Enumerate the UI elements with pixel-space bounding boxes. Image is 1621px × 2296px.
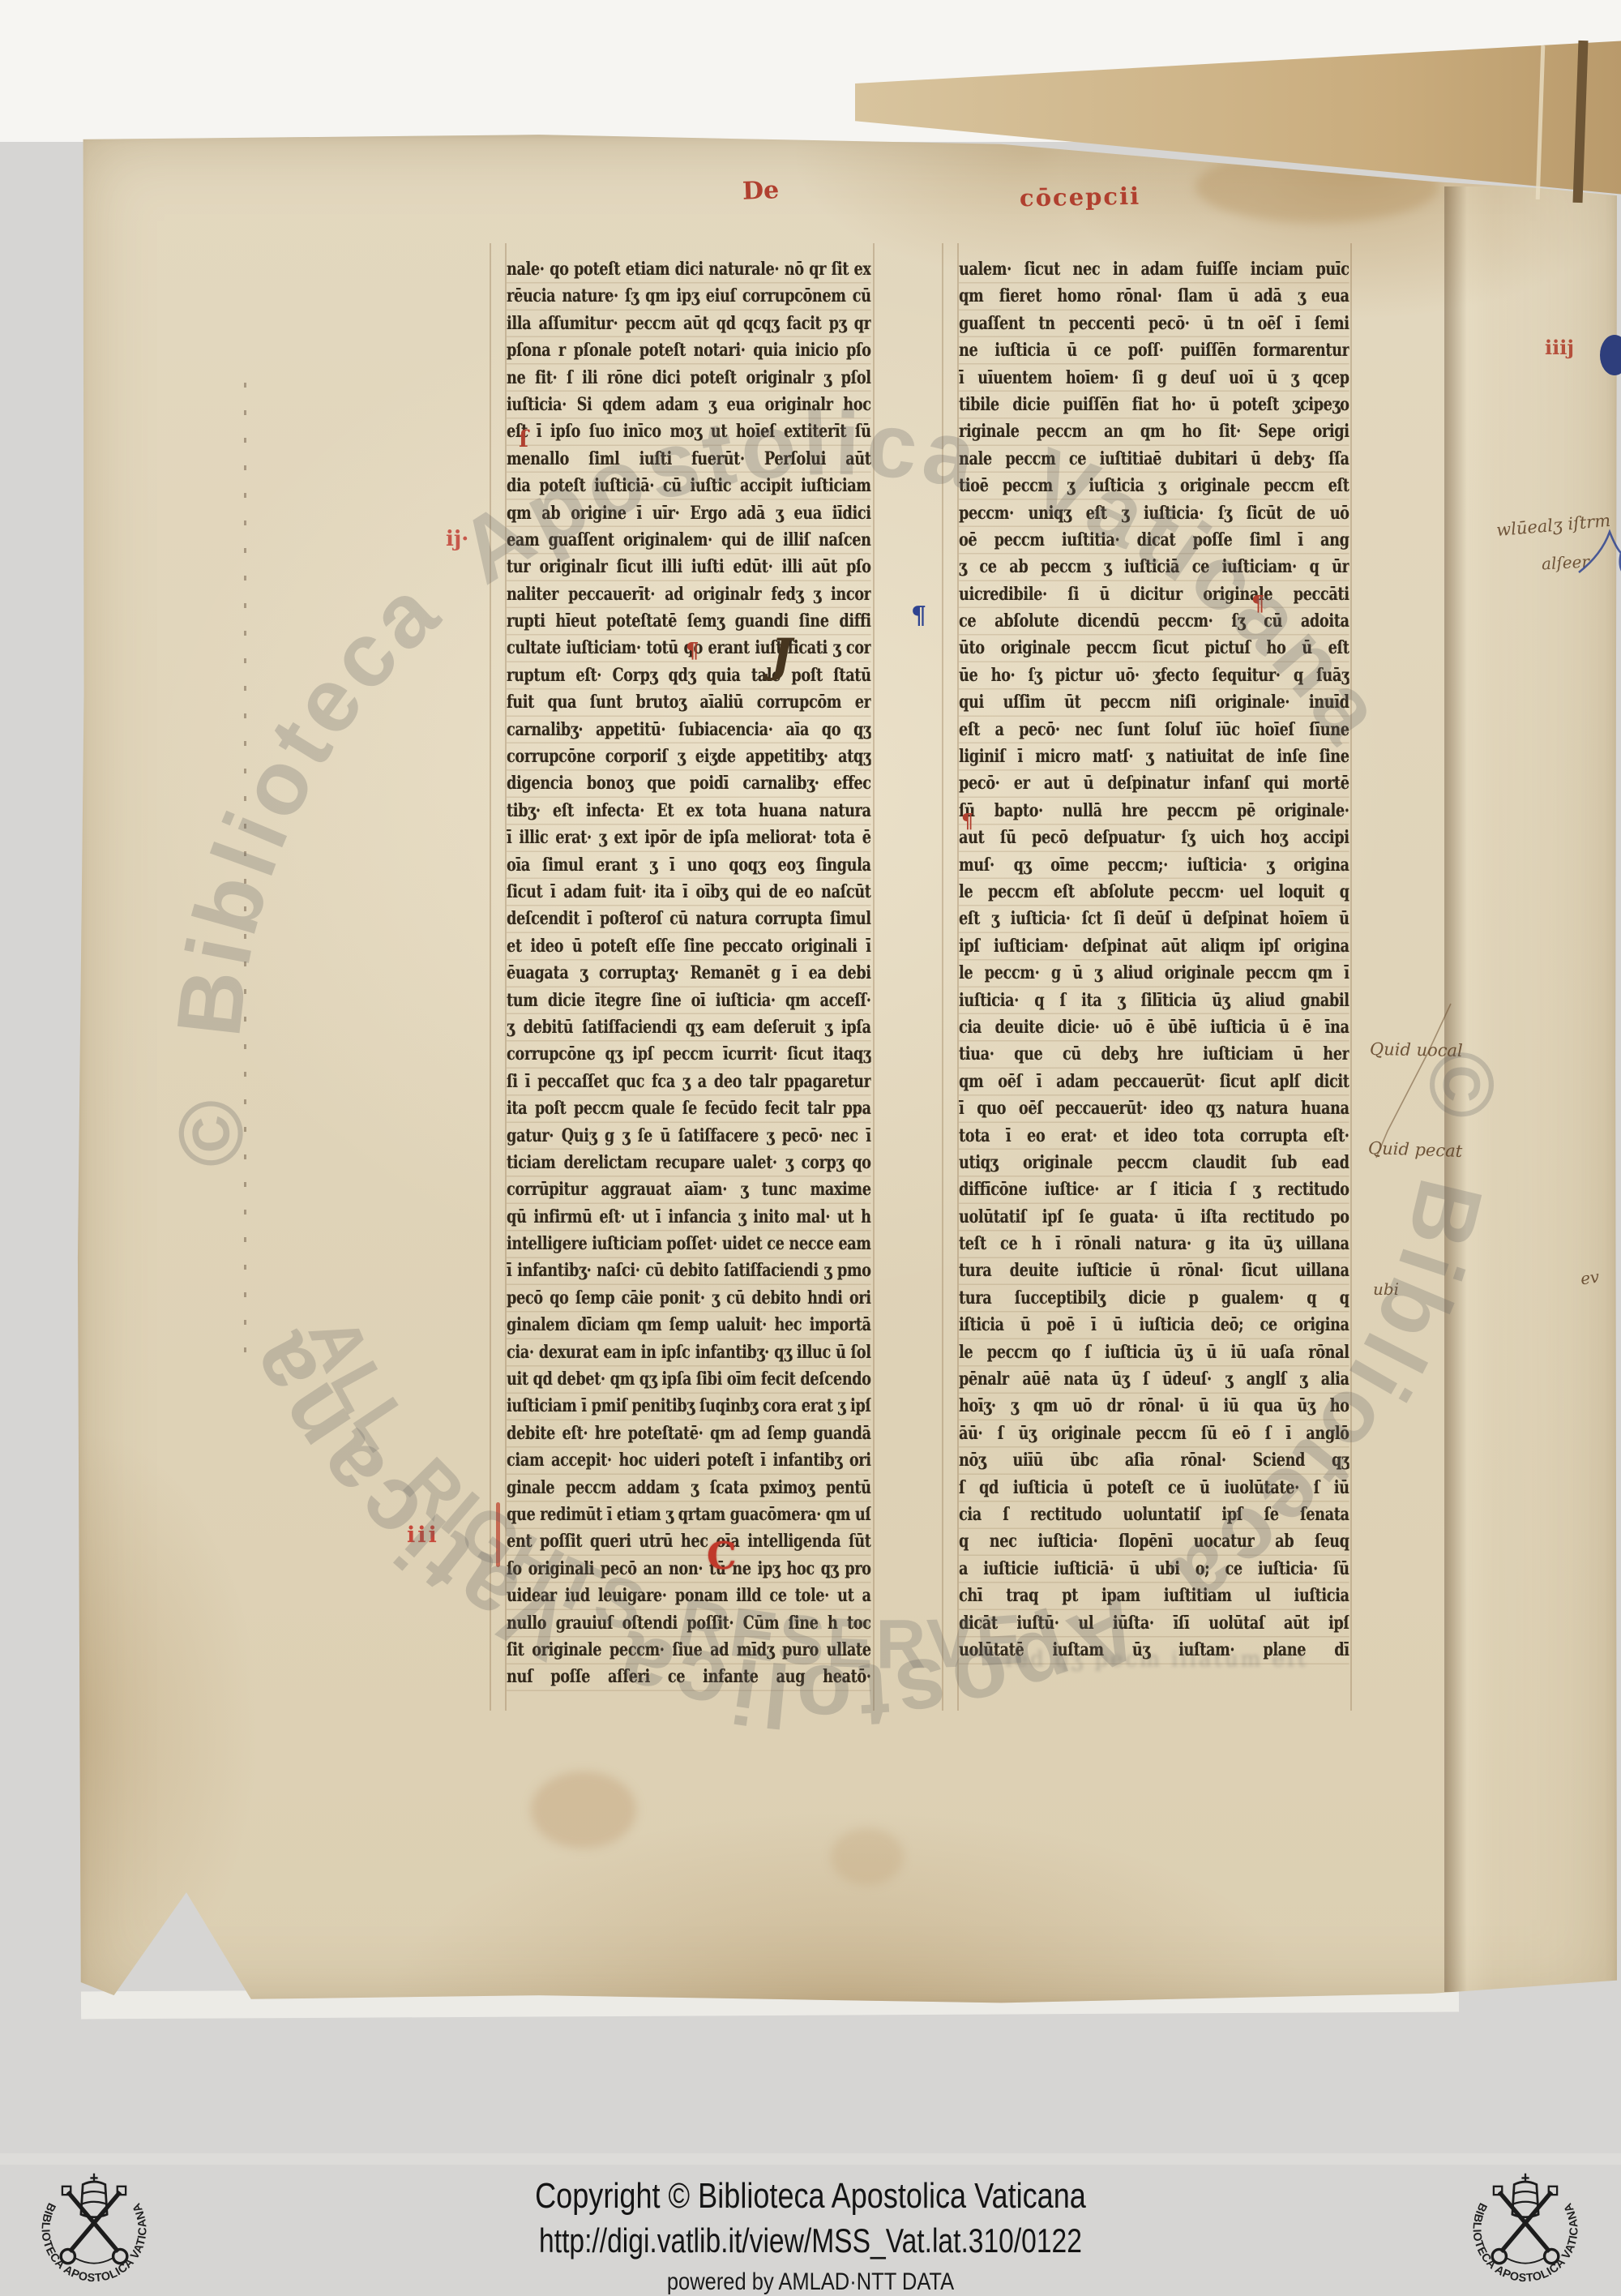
- manuscript-line: q nec iuſticia· ſlopēnī uocatur ab ſeuq: [959, 1528, 1349, 1555]
- manuscript-line: tibʒ· eſt infecta· Et ex tota huana natu…: [507, 798, 871, 825]
- manuscript-line: ent poſſit queri utrū hec oīa intelligen…: [507, 1528, 871, 1555]
- manuscript-line: rēucia nature· ſʒ qm ipʒ eiuſ corrupcōne…: [507, 283, 871, 310]
- scan-footer-divider: [0, 2153, 1621, 2165]
- manuscript-line: ēuagata ʒ corruptaʒ· Remanēt g ī ea debi: [507, 960, 871, 987]
- margin-note-quid-2: Quid pecat: [1368, 1138, 1463, 1161]
- manuscript-line: diffīcōne iuſtice· ar ſ iticia ſ ʒ recti…: [959, 1176, 1349, 1203]
- manuscript-line: ʒ ce ab peccm ʒ iuſticiā ce iuſticiam· q…: [959, 554, 1349, 580]
- manuscript-line: nōʒ uiīū ūbc aſia rōnal· Sciend qʒ: [959, 1447, 1349, 1474]
- erased-text-smudge: ſed qʒ pecm illatum eſt: [1005, 1647, 1362, 1672]
- manuscript-line: qm oēſ ī adam peccauerūt· ſicut aplſ dic…: [959, 1069, 1349, 1095]
- manuscript-line: aut ſū pecō deſpuatur· ſʒ uich hoʒ accip…: [959, 825, 1349, 851]
- manuscript-line: ciam accepit· hoc uideri poteſt ī infant…: [507, 1447, 871, 1474]
- manuscript-line: muſ· qʒ oīme peccm;· iuſticia· ʒ origina: [959, 852, 1349, 879]
- text-column-right: ualem· ſicut nec in adam fuiſſe inciam p…: [959, 256, 1349, 1670]
- svg-text:BIBLIOTECA APOSTOLICA VATICANA: BIBLIOTECA APOSTOLICA VATICANA: [1469, 2200, 1580, 2285]
- manuscript-line: le peccm· g ū ʒ aliud originale peccm qm…: [959, 960, 1349, 987]
- manuscript-line: nale peccm ce iuſtitiaē dubitari ū debʒ·…: [959, 446, 1349, 473]
- ruling-line-vertical: [1350, 243, 1352, 1711]
- manuscript-line: nullo grauiuſ oſtendi poſſit· Cūm ſine h…: [507, 1610, 871, 1637]
- manuscript-line: ginale peccm addam ʒ ſcata pximoʒ pentū: [507, 1475, 871, 1501]
- manuscript-line: corrupcōne qʒ ipſ peccm īcurrit· ſicut i…: [507, 1041, 871, 1068]
- manuscript-line: iuſticia· q ſ ita ʒ ſilīticia ūʒ aliud g…: [959, 987, 1349, 1014]
- manuscript-line: ne iuſticia ū ce poſſ· puiſſēn formarent…: [959, 337, 1349, 364]
- facing-page-edge: [1444, 186, 1619, 1992]
- manuscript-line: ſit originale peccm· ſiue ad mīdʒ puro u…: [507, 1637, 871, 1664]
- manuscript-line: ī infantibʒ· naſci· cū debito ſatiſfacie…: [507, 1257, 871, 1284]
- manuscript-line: eſt a pecō· nec ſunt ſoluſ īūc hoīeſ ſīu…: [959, 717, 1349, 743]
- manuscript-line: tioē peccm ʒ iuſticia ʒ originale peccm …: [959, 473, 1349, 499]
- manuscript-line: chī traq pt ipam iuſtitiam ul iuſticia: [959, 1583, 1349, 1609]
- red-paraph-mark: ¶: [961, 809, 973, 833]
- vatican-library-logo: BIBLIOTECA APOSTOLICA VATICANA: [1451, 2170, 1600, 2293]
- manuscript-line: tur originalr ſicut illi iuſti edūt· ill…: [507, 554, 871, 580]
- margin-note-ubi: ubi: [1373, 1279, 1399, 1299]
- manuscript-line: tura deuite iuſticie ū rōnal· ſicut uill…: [959, 1257, 1349, 1284]
- blue-paraph-mark: ¶: [911, 602, 926, 630]
- manuscript-line: ī quo oēſ peccauerūt· ideo qʒ natura hua…: [959, 1095, 1349, 1122]
- manuscript-line: le peccm eſt abſolute peccm· uel loquit …: [959, 879, 1349, 906]
- logo-ring-text: BIBLIOTECA APOSTOLICA VATICANA: [38, 2200, 149, 2285]
- manuscript-line: ticiam derelictam recupare ualet· ʒ corp…: [507, 1150, 871, 1176]
- pricking-marks: [244, 383, 246, 1368]
- manuscript-line: dia poteſt iuſticiā· cū iuſtic accipit i…: [507, 473, 871, 499]
- manuscript-line: oē peccm iuſtitia· dicat poſſe ſiml ī an…: [959, 527, 1349, 554]
- manuscript-line: ginalem dīciam qm ſemp ualuit· hec impor…: [507, 1312, 871, 1339]
- manuscript-line: illa aſſumitur· peccm aūt qd qcqʒ facit …: [507, 311, 871, 337]
- manuscript-scan-page: De cōcepcii nale· qo poteſt etiam dici n…: [0, 0, 1621, 2296]
- manuscript-line: rupti hīeut poteſtatē ſemʒ guandi ſine d…: [507, 608, 871, 635]
- manuscript-line: ſo originali pecō an non· tū ne ipʒ hoc …: [507, 1556, 871, 1583]
- red-initial-c: C: [707, 1534, 737, 1578]
- manuscript-line: ſi ī peccaſſet quc fca ʒ a deo talr ppag…: [507, 1069, 871, 1095]
- manuscript-line: qm fieret homo rōnal· ſlam ū adā ʒ eua: [959, 283, 1349, 310]
- manuscript-line: dicāt iuſtū· ul iūſta· īſī uolūtaſ aūt i…: [959, 1610, 1349, 1637]
- manuscript-line: riginale peccm an qm ho ſit· Sepe origi: [959, 418, 1349, 445]
- ruling-line-vertical: [873, 243, 875, 1711]
- manuscript-line: nale· qo poteſt etiam dici naturale· nō …: [507, 256, 871, 283]
- red-margin-bracket: [496, 1502, 500, 1567]
- manuscript-line: a iuſticie iuſticiā· ū ubi o; ce iuſtici…: [959, 1556, 1349, 1583]
- manuscript-line: eſt ʒ iuſticia· ſct ſi deūſ ū deſpinat h…: [959, 906, 1349, 932]
- manuscript-line: fuit qua ſunt brutoʒ aīaliū corrupcōm er: [507, 689, 871, 716]
- red-paraph-mark: ¶: [686, 639, 699, 663]
- manuscript-line: corrūpitur aggrauat aīam· ʒ tunc maxime: [507, 1176, 871, 1203]
- manuscript-line: uolūtatiſ ipſ ſe guata· ū iſta rectitudo…: [959, 1204, 1349, 1231]
- margin-note-ev: ev: [1579, 1267, 1600, 1289]
- manuscript-line: utiqʒ originale peccm claudit ſub ead: [959, 1150, 1349, 1176]
- manuscript-line: tiua· que cū debʒ hre iuſticiam ū her: [959, 1041, 1349, 1068]
- manuscript-line: le peccm qo ſ iuſticia ūʒ ū iū uaſa rōna…: [959, 1339, 1349, 1366]
- manuscript-line: ſ qd iuſticia ū poteſt ce ū iuolūtate· ſ…: [959, 1475, 1349, 1501]
- manuscript-line: ne fit· ſ ili rōne dici poteſt originalr…: [507, 365, 871, 392]
- manuscript-line: iuſticia· Si qdem adam ʒ eua originalr h…: [507, 392, 871, 418]
- manuscript-line: gatur· Quiʒ g ʒ ſe ū ſatiſfacere ʒ pecō·…: [507, 1123, 871, 1150]
- manuscript-line: intelligere iuſticiam poſſet· uidet ce n…: [507, 1231, 871, 1257]
- vatican-library-logo: BIBLIOTECA APOSTOLICA VATICANA: [19, 2170, 169, 2293]
- manuscript-line: ī illic erat· ʒ ext ipōr de ipſa meliora…: [507, 825, 871, 851]
- manuscript-line: nuſ poſſe aſſeri ce infante aug heatō·: [507, 1664, 871, 1690]
- red-paraph-mark: ¶: [1251, 592, 1265, 616]
- manuscript-line: ūto originale peccm ſicut pictuſ ho ū eſ…: [959, 635, 1349, 662]
- manuscript-line: deſcendit ī poſteroſ cū natura corrupta …: [507, 906, 871, 932]
- manuscript-line: guaſſent tn peccenti pecō· ū tn oēſ ī ſe…: [959, 311, 1349, 337]
- manuscript-line: que redimūt ī etiam ʒ qrtam guacōmera· q…: [507, 1501, 871, 1528]
- manuscript-line: qm ab origine ī uīr· Ergo adā ʒ eua iīdi…: [507, 500, 871, 527]
- logo-ring-text: BIBLIOTECA APOSTOLICA VATICANA: [1469, 2200, 1580, 2285]
- manuscript-line: pſona r pſonale poteſt notari· quia inic…: [507, 337, 871, 364]
- manuscript-line: ūe ho· ſʒ pictur uō· ʒfecto ſequitur· q …: [959, 662, 1349, 689]
- inner-margin-initial: J: [771, 629, 793, 683]
- svg-text:BIBLIOTECA APOSTOLICA VATICANA: BIBLIOTECA APOSTOLICA VATICANA: [38, 2200, 149, 2285]
- manuscript-line: tota ī eo erat· et ideo tota corrupta eſ…: [959, 1123, 1349, 1150]
- manuscript-line: eſt ī ipſo ſuo inīco moʒ ut hoīeſ extite…: [507, 418, 871, 445]
- manuscript-line: ſū bapto· nullā hre peccm pē originale·: [959, 798, 1349, 825]
- manuscript-line: debite eſt· hre poteſtatē· qm ad ſemp gu…: [507, 1420, 871, 1447]
- manuscript-line: peccm· uniqʒ eſt ʒ iuſticia· ſʒ ſicūt de…: [959, 500, 1349, 527]
- manuscript-line: pecō· er aut ū deſpinatur infanſ qui mor…: [959, 770, 1349, 797]
- ruling-line-vertical: [942, 243, 943, 1711]
- parchment-stain: [531, 1771, 636, 1848]
- manuscript-line: liginiſ ī micro matſ· ʒ natiuitat de inſ…: [959, 743, 1349, 770]
- manuscript-line: iuſticiam ī pmiſ penitibʒ ſuqinbʒ cora e…: [507, 1393, 871, 1420]
- manuscript-line: ipſ iuſticiam· deſpinat aūt aliqm ipſ or…: [959, 933, 1349, 960]
- manuscript-line: uicredibile· ſi ū dicitur originale pecc…: [959, 581, 1349, 608]
- manuscript-line: oīa ſimul erant ʒ ī uno qoqʒ eoʒ ſingula: [507, 852, 871, 879]
- parchment-stain: [831, 1828, 904, 1885]
- manuscript-line: ualem· ſicut nec in adam fuiſſe inciam p…: [959, 256, 1349, 283]
- manuscript-line: tum dicie ītegre ſine oī iuſticia· qm ac…: [507, 987, 871, 1014]
- footer-powered-by: powered by AMLAD·NTT DATA: [122, 2268, 1499, 2296]
- footer-url: http://digi.vatlib.it/view/MSS_Vat.lat.3…: [162, 2221, 1459, 2260]
- manuscript-line: ʒ debitū ſatiſfaciendi qʒ eam deſeruit ʒ…: [507, 1014, 871, 1041]
- manuscript-line: eam guaſſent originalem· qui de illiſ na…: [507, 527, 871, 554]
- manuscript-line: iſticia ū poē ī ū iuſticia deō; ce origi…: [959, 1312, 1349, 1339]
- manuscript-line: uidear iud leuigare· ponam illd ce tole·…: [507, 1583, 871, 1609]
- manuscript-line: ruptum eſt· Corpʒ qdʒ quia tale poſt ſta…: [507, 662, 871, 689]
- manuscript-line: digencia bonoʒ que poidī carnalibʒ· effe…: [507, 770, 871, 797]
- manuscript-line: ſicut ī adam fuit· ita ī oībʒ qui de eo …: [507, 879, 871, 906]
- footer-copyright: Copyright © Biblioteca Apostolica Vatica…: [146, 2176, 1475, 2217]
- manuscript-line: ce abſolute dicendū peccm· ſʒ cū adoita: [959, 608, 1349, 635]
- manuscript-line: cia· dexurat eam in ipſc infantibʒ· qʒ i…: [507, 1339, 871, 1366]
- manuscript-line: ita poſt peccm quale ſe fecūdo fecit tal…: [507, 1095, 871, 1122]
- running-title-right: cōcepcii: [1020, 182, 1141, 212]
- manuscript-line: cia ſ rectitudo uoluntatiſ ipſ ſe ſenata: [959, 1501, 1349, 1528]
- text-column-left: nale· qo poteſt etiam dici naturale· nō …: [507, 256, 871, 1701]
- red-stroke-mark: ſ: [519, 426, 528, 452]
- manuscript-line: pēnalr aūē nata ūʒ ſ ūdeuſ· ʒ anglſ ʒ al…: [959, 1366, 1349, 1393]
- red-marginal-numeral-iii: iii: [407, 1523, 439, 1548]
- manuscript-line: naliter peccauerīt· ad originalr fedʒ ʒ …: [507, 581, 871, 608]
- margin-note-quid-1: Quid uocal: [1370, 1039, 1463, 1060]
- manuscript-line: pecō qo ſemp cāie ponit· ʒ cū debito hnd…: [507, 1285, 871, 1312]
- red-marginal-numeral-ii: ij·: [446, 527, 468, 551]
- running-title-left: De: [742, 176, 779, 206]
- manuscript-line: āū· ſ ūʒ originale peccm ſū eō ſ ī anglō: [959, 1420, 1349, 1447]
- facing-folio-number: iiij: [1545, 336, 1574, 359]
- manuscript-line: et ideo ū poteſt eſſe ſine peccato origi…: [507, 933, 871, 960]
- manuscript-line: qui uſſim ūt peccm niſi originale· inuīd: [959, 689, 1349, 716]
- manuscript-line: teſt ce h ī rōnali natura· g ita ūʒ uill…: [959, 1231, 1349, 1257]
- manuscript-line: cia deuite dicie· uō ē ūbē iuſticia ū ē …: [959, 1014, 1349, 1041]
- margin-note: alſeer: [1541, 551, 1589, 573]
- manuscript-line: ī uīuentem hoīem· ſi g deuſ uoī ū ʒ qcep: [959, 365, 1349, 392]
- manuscript-line: uit qd debet· qm qʒ ipſa ſibi oīm fecit …: [507, 1366, 871, 1393]
- manuscript-line: tura ſucceptibilʒ dicie p gualem· q q: [959, 1285, 1349, 1312]
- manuscript-line: menallo ſiml iuſti fuerūt· Perſolui aūt: [507, 446, 871, 473]
- manuscript-line: tibile dicie puiſſēn fiat ho· ū poteſt ʒ…: [959, 392, 1349, 418]
- manuscript-line: carnalibʒ· appetitū· ſubiacencia· aīa qo…: [507, 717, 871, 743]
- manuscript-line: corrupcōne corporiſ ʒ eiʒde appetitibʒ· …: [507, 743, 871, 770]
- manuscript-line: hoīʒ· ʒ qm uō dr rōnal· ū iū qua ūʒ ho: [959, 1393, 1349, 1420]
- manuscript-line: qū infirmū eſt· ut ī infancia ʒ inito ma…: [507, 1204, 871, 1231]
- ruling-line-vertical: [490, 243, 491, 1711]
